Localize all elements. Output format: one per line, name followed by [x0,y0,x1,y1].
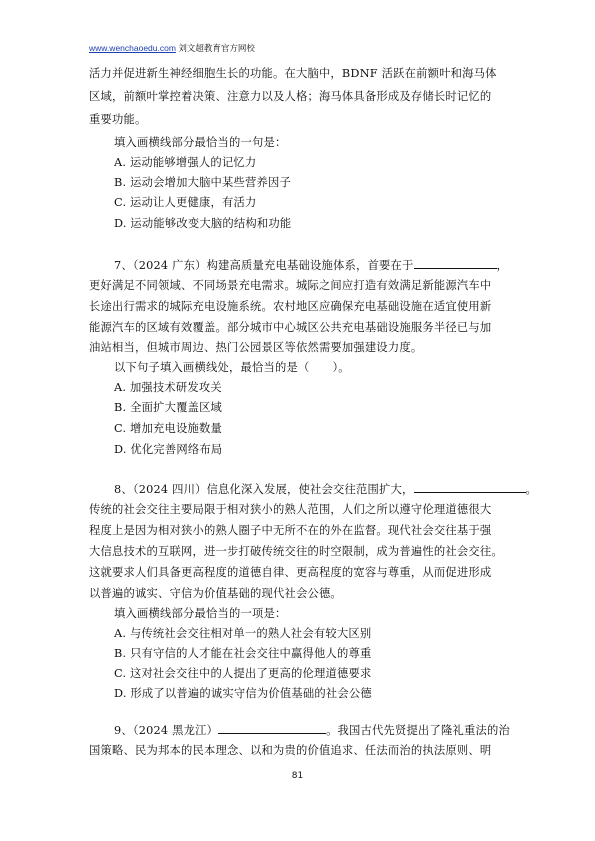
q7-option-b: B. 全面扩大覆盖区域 [114,400,534,415]
q7-lead: 7、（2024 广东）构建高质量充电基础设施体系，首要在于， [114,257,514,273]
q6-passage-line: 活力并促进新生神经细胞生长的功能。在大脑中，BDNF 活跃在前额叶和海马体 [89,66,509,81]
q8-lead-end: 。 [526,483,538,496]
q6-option-a: A. 运动能够增强人的记忆力 [114,155,534,170]
q8-passage-line: 以普遍的诚实、守信为价值基础的现代社会公德。 [89,586,509,601]
fill-in-blank [414,257,497,269]
q6-passage-line: 重要功能。 [89,112,509,127]
q8-prompt: 填入画横线部分最恰当的一项是： [114,606,534,621]
site-name: 刘文超教育官方网校 [178,43,255,53]
q7-option-c: C. 增加充电设施数量 [114,421,534,436]
page-header: www.wenchaoedu.com 刘文超教育官方网校 [89,42,255,54]
q6-passage-line: 区域，前额叶掌控着决策、注意力以及人格；海马体具备形成及存储长时记忆的 [89,89,509,104]
q8-option-a: A. 与传统社会交往相对单一的熟人社会有较大区别 [114,626,534,641]
q8-passage-line: 传统的社会交往主要局限于相对狭小的熟人范围，人们之所以遵守伦理道德很大 [89,502,509,517]
q8-lead-text: 8、（2024 四川）信息化深入发展，使社会交往范围扩大， [114,483,414,496]
q9-lead: 9、（2024 黑龙江）。我国古代先贤提出了隆礼重法的治 [114,722,514,738]
q8-lead: 8、（2024 四川）信息化深入发展，使社会交往范围扩大，。 [114,481,514,497]
q6-option-b: B. 运动会增加大脑中某些营养因子 [114,175,534,190]
q7-lead-text: 7、（2024 广东）构建高质量充电基础设施体系，首要在于 [114,259,414,272]
q9-passage-line: 国策略、民为邦本的民本理念、以和为贵的价值追求、任法而治的执法原则、明 [89,743,509,758]
q7-prompt: 以下句子填入画横线处，最恰当的是（ ）。 [114,360,534,375]
q8-option-c: C. 这对社会交往中的人提出了更高的伦理道德要求 [114,666,534,681]
q7-passage-line: 能源汽车的区域有效覆盖。部分城市中心城区公共充电基础设施服务半径已与加 [89,320,509,335]
q7-lead-end: ， [497,259,509,272]
fill-in-blank [218,722,326,734]
q6-prompt: 填入画横线部分最恰当的一句是： [114,135,534,150]
q9-lead-text: 9、（2024 黑龙江） [114,724,218,737]
q7-option-a: A. 加强技术研发攻关 [114,380,534,395]
q8-option-b: B. 只有守信的人才能在社会交往中赢得他人的尊重 [114,646,534,661]
q6-option-d: D. 运动能够改变大脑的结构和功能 [114,216,534,231]
fill-in-blank [414,481,526,493]
q8-passage-line: 大信息技术的互联网，进一步打破传统交往的时空限制，成为普遍性的社会交往。 [89,544,509,559]
q9-lead-end: 。我国古代先贤提出了隆礼重法的治 [326,724,510,737]
q8-passage-line: 这就要求人们具备更高程度的道德自律、更高程度的宽容与尊重，从而促进形成 [89,565,509,580]
q7-passage-line: 油站相当，但城市周边、热门公园景区等依然需要加强建设力度。 [89,340,509,355]
q8-option-d: D. 形成了以普遍的诚实守信为价值基础的社会公德 [114,686,534,701]
q7-passage-line: 长途出行需求的城际充电设施系统。农村地区应确保充电基础设施在适宜使用新 [89,299,509,314]
q6-option-c: C. 运动让人更健康，有活力 [114,195,534,210]
website-link[interactable]: www.wenchaoedu.com [89,43,176,53]
q8-passage-line: 程度上是因为相对狭小的熟人圈子中无所不在的外在监督。现代社会交往基于强 [89,523,509,538]
page-number: 81 [0,771,595,781]
q7-option-d: D. 优化完善网络布局 [114,442,534,457]
q7-passage-line: 更好满足不同领域、不同场景充电需求。城际之间应打造有效满足新能源汽车中 [89,278,509,293]
